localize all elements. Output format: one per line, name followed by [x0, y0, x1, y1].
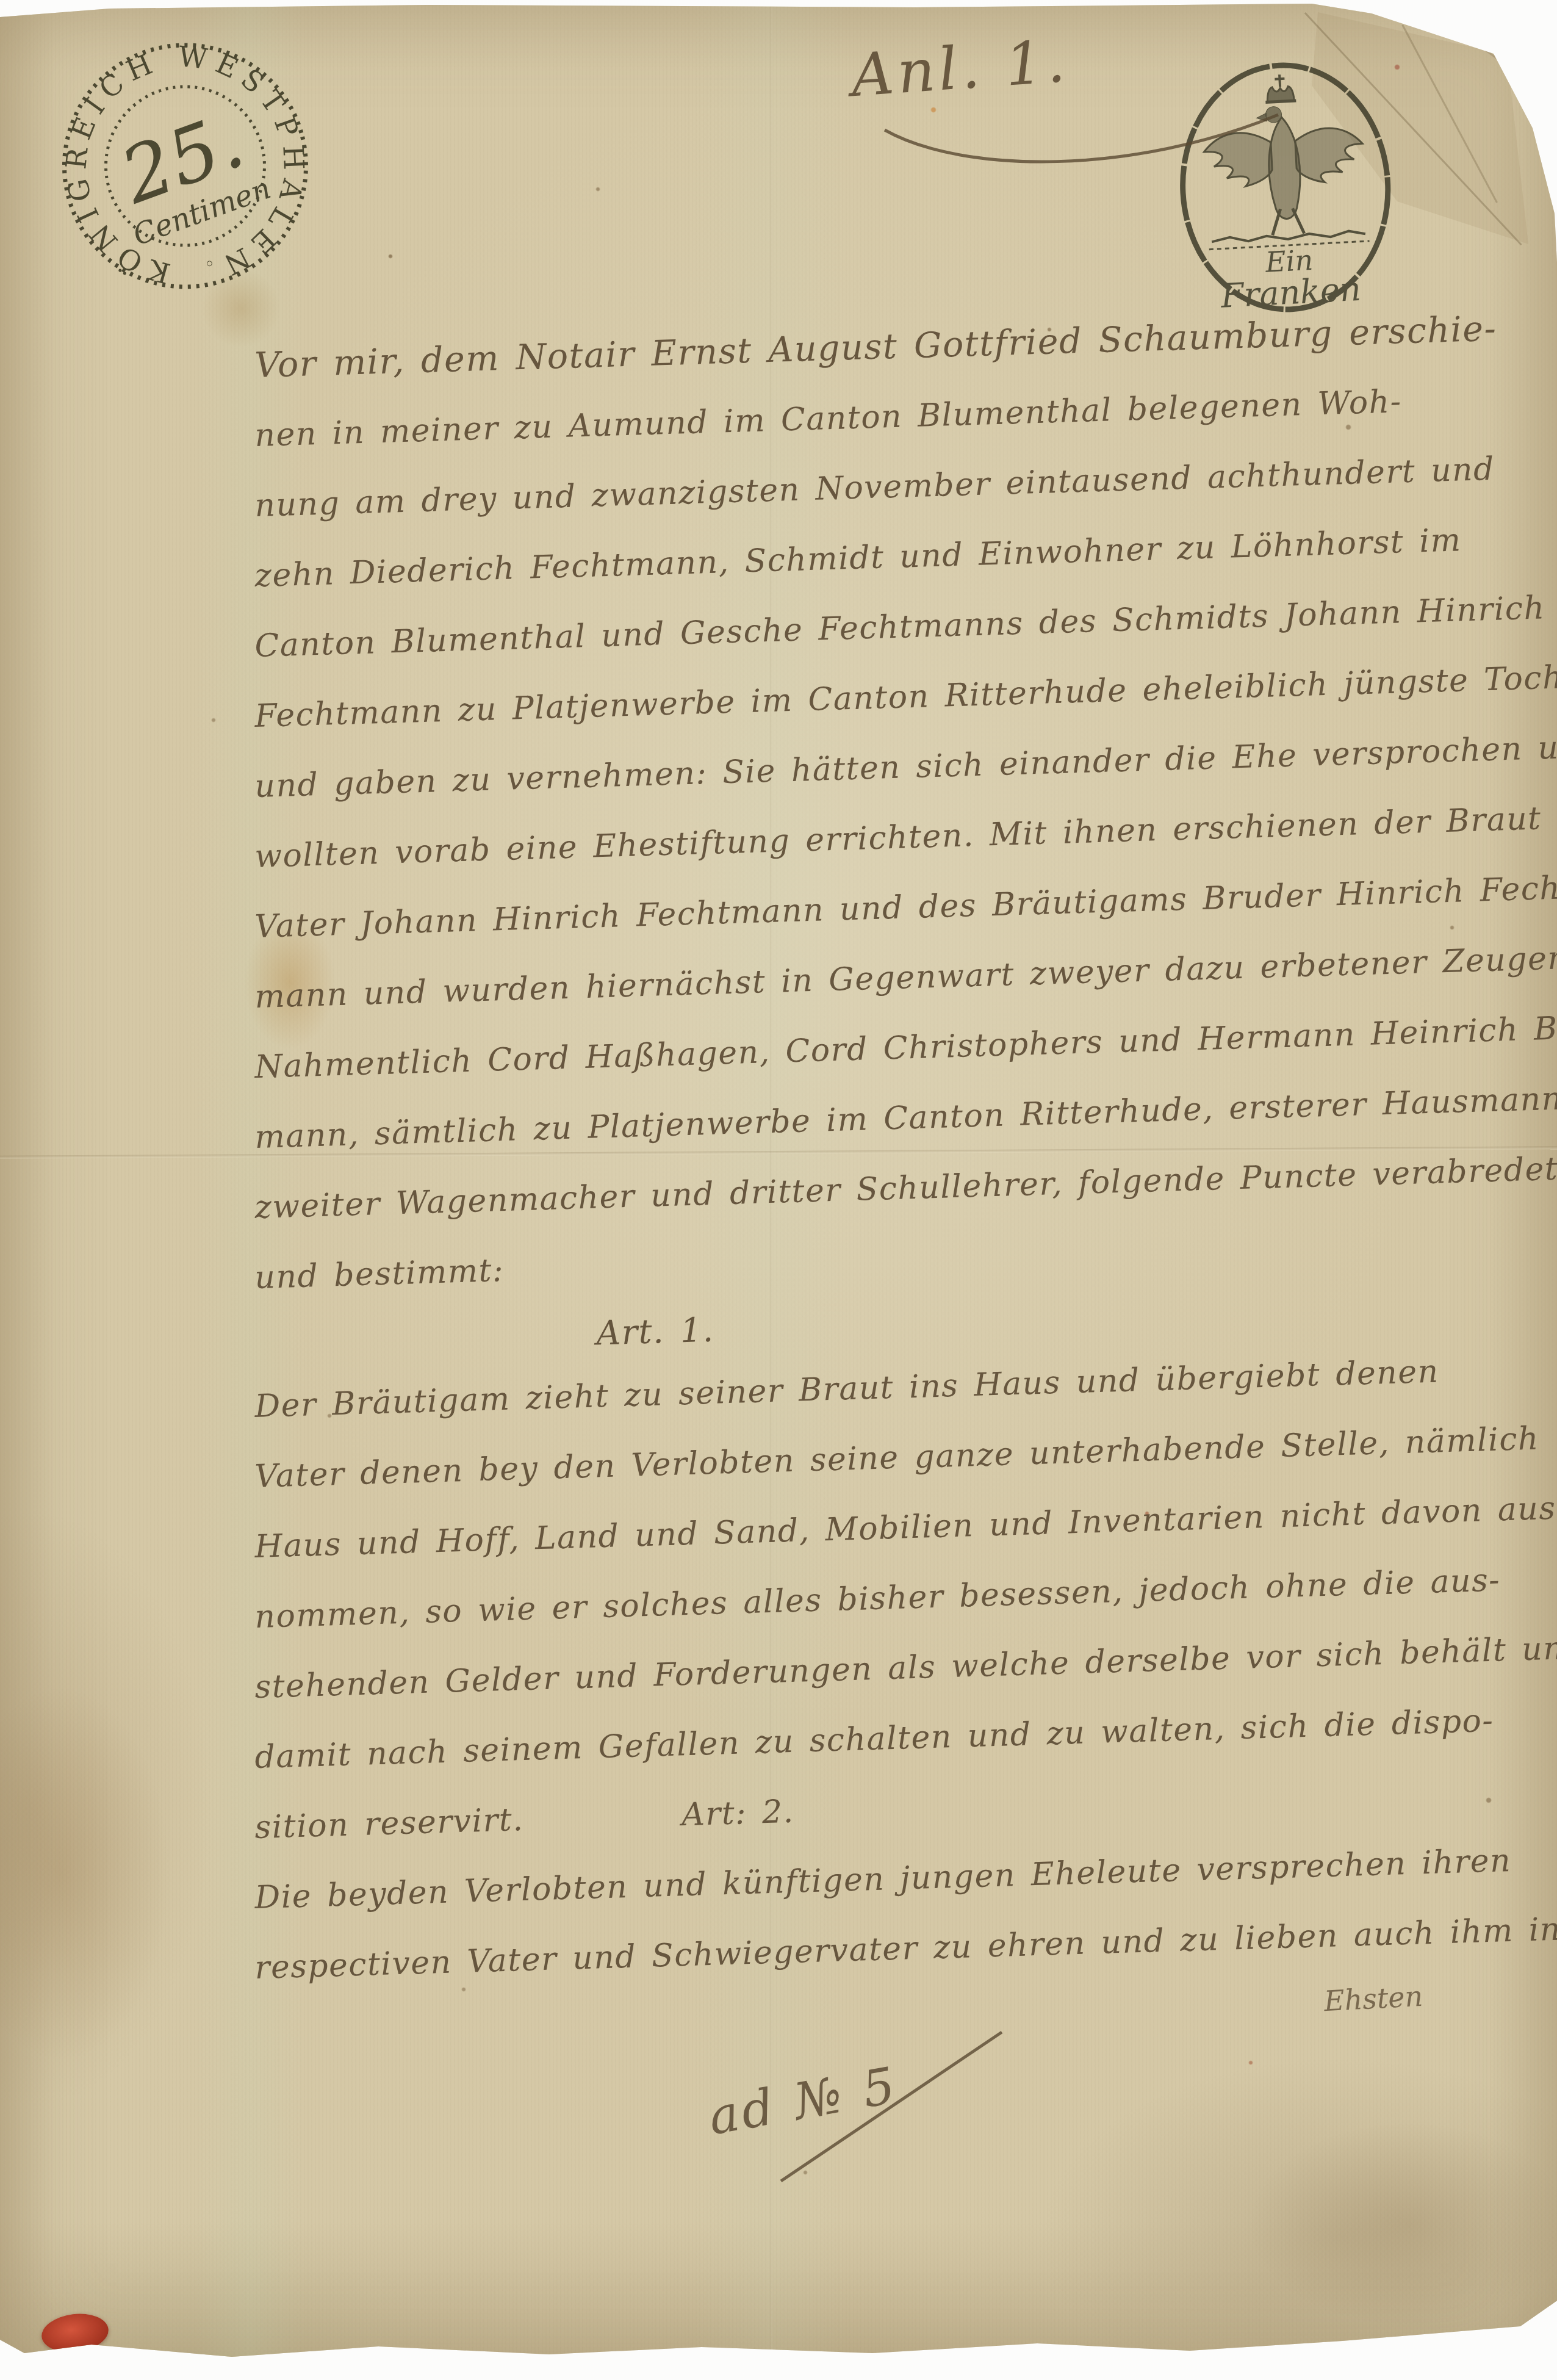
scan-background: KÖNIGREICH WESTPHALEN. ◦ 25. Centimen [0, 0, 1557, 2380]
document-paper: KÖNIGREICH WESTPHALEN. ◦ 25. Centimen [0, 0, 1557, 2380]
fee-stamp-value-group: 25. Centimen [100, 93, 275, 253]
annotation-flourish [872, 109, 1300, 182]
article-1-last-fragment: sition reservirt. [254, 1801, 525, 1846]
eagle-stamp-ein-franken: Ein Franken [1166, 51, 1406, 331]
bottom-annotation-stroke [763, 2024, 1019, 2194]
crown-icon [1264, 74, 1296, 103]
catchword: Ehsten [1323, 1980, 1424, 2018]
article-2-heading: Art: 2. [681, 1779, 796, 1848]
stain [1251, 2124, 1557, 2325]
manuscript-text: Vor mir, dem Notair Ernst August Gottfri… [255, 333, 1494, 2005]
